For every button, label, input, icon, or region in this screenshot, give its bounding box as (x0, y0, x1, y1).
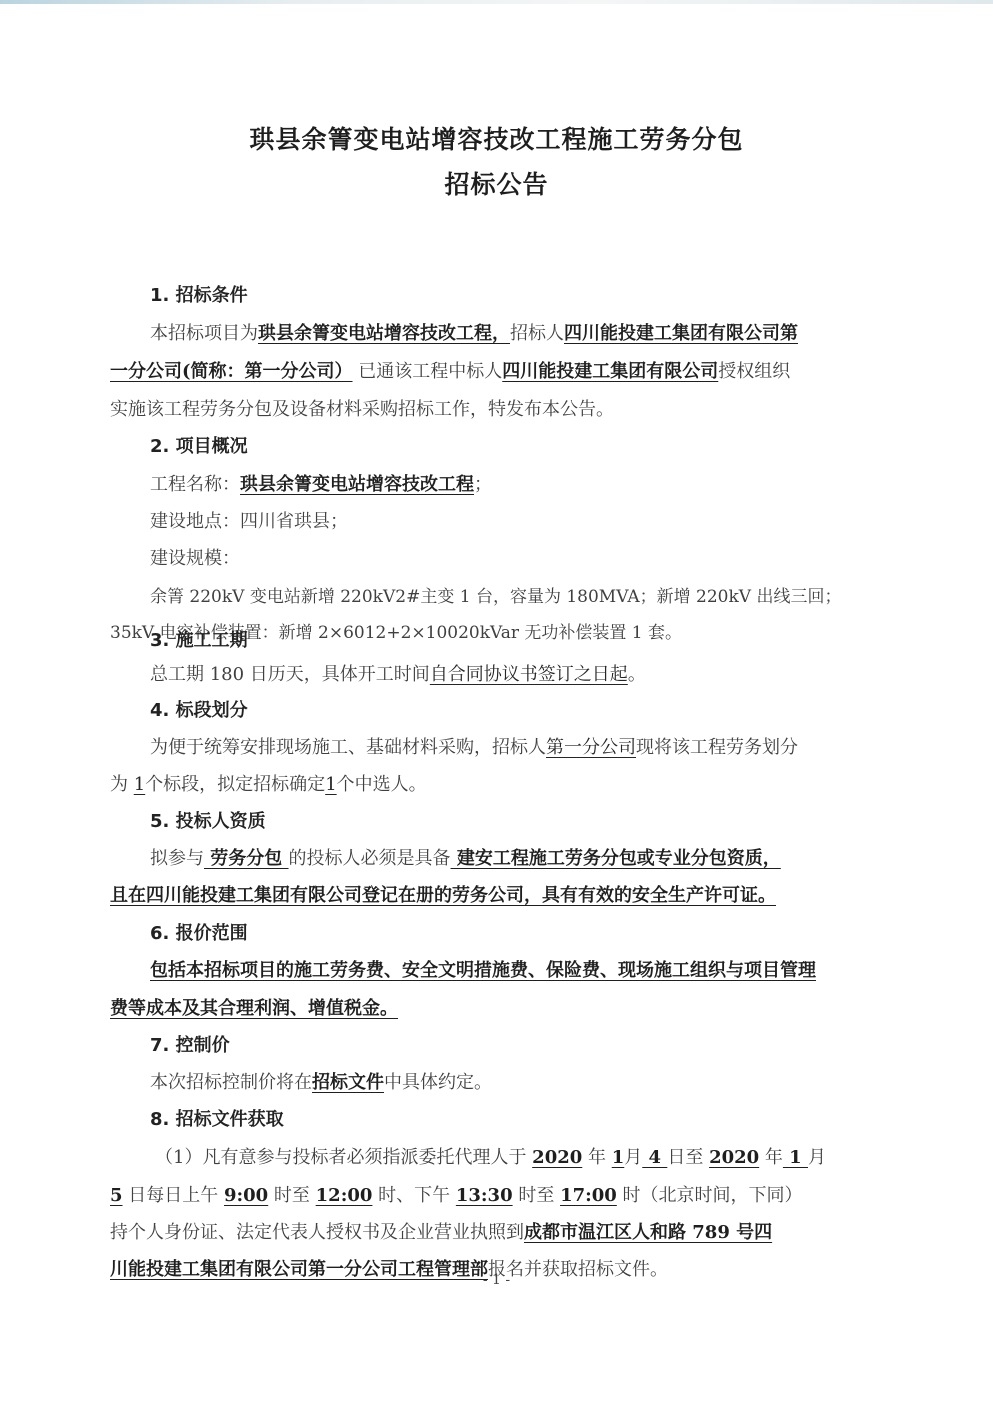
section-7-text: 本次招标控制价将在招标文件中具体约定。 (150, 1070, 910, 1096)
section-6-heading: 6. 报价范围 (150, 921, 910, 947)
end-month: 1 (783, 1147, 808, 1168)
text: 本招标项目为 (150, 323, 258, 344)
text: 的投标人必须是具备 (289, 848, 451, 869)
scan-edge (0, 0, 993, 4)
text: 月 (624, 1147, 642, 1168)
text: 为便于统筹安排现场施工、基础材料采购，招标人 (150, 737, 546, 758)
pm-end: 17:00 (560, 1185, 617, 1206)
text: 报名并获取招标文件。 (488, 1259, 668, 1280)
section-5-line-2: 且在四川能投建工集团有限公司登记在册的劳务公司，具有有效的安全生产许可证。 (110, 883, 870, 909)
tenderer-name: 四川能投建工集团有限公司第 (564, 323, 798, 344)
scale-line-1: 余箐 220kV 变电站新增 220kV2#主变 1 台，容量为 180MVA；… (150, 584, 910, 610)
lot-count: 1 (134, 774, 145, 795)
subcontract-type: 劳务分包 (204, 848, 289, 869)
document-subtitle: 招标公告 (0, 165, 993, 201)
section-2-heading: 2. 项目概况 (150, 434, 910, 460)
quote-scope-cont: 费等成本及其合理利润、增值税金。 (110, 998, 398, 1019)
address: 成都市温江区人和路 789 号四 (524, 1222, 772, 1243)
text: 持个人身份证、法定代表人授权书及企业营业执照到 (110, 1222, 524, 1243)
winning-bidder: 四川能投建工集团有限公司 (502, 361, 718, 382)
section-1-line-2: 一分公司(简称：第一分公司） 已通该工程中标人四川能投建工集团有限公司授权组织 (110, 359, 870, 385)
text: 年 (759, 1147, 783, 1168)
text: 授权组织 (718, 361, 790, 382)
branch-company: 第一分公司 (546, 737, 636, 758)
text: 年 (582, 1147, 611, 1168)
text: 已通该工程中标人 (353, 361, 503, 382)
text: 拟参与 (150, 848, 204, 869)
project-name: 珙县余箐变电站增容技改工程， (258, 323, 510, 344)
text: 时、下午 (372, 1185, 455, 1206)
section-1-heading: 1. 招标条件 (150, 283, 910, 309)
start-date: 自合同协议书签订之日起 (430, 664, 628, 685)
start-day: 4 (642, 1147, 667, 1168)
text: ； (474, 474, 492, 495)
text: 个中选人。 (337, 774, 427, 795)
section-7-heading: 7. 控制价 (150, 1033, 910, 1059)
tender-document-ref: 招标文件 (312, 1072, 384, 1093)
address-cont: 川能投建工集团有限公司第一分公司工程管理部 (110, 1259, 488, 1280)
end-year: 2020 (709, 1147, 759, 1168)
section-4-heading: 4. 标段划分 (150, 698, 910, 724)
text: 总工期 180 日历天，具体开工时间 (150, 664, 430, 685)
pm-start: 13:30 (456, 1185, 513, 1206)
section-1-line-3: 实施该工程劳务分包及设备材料采购招标工作，特发布本公告。 (110, 397, 870, 423)
am-end: 12:00 (316, 1185, 373, 1206)
text: 现将该工程劳务划分 (636, 737, 798, 758)
text: 为 (110, 774, 134, 795)
section-5-heading: 5. 投标人资质 (150, 809, 910, 835)
text: 时至 (513, 1185, 560, 1206)
start-month: 1 (612, 1147, 625, 1168)
start-year: 2020 (532, 1147, 582, 1168)
text: 日每日上午 (123, 1185, 224, 1206)
text: 时（北京时间，下同） (617, 1185, 803, 1206)
section-8-line-4: 川能投建工集团有限公司第一分公司工程管理部报名并获取招标文件。 (110, 1257, 870, 1283)
section-4-line-2: 为 1个标段，拟定招标确定1个中选人。 (110, 772, 870, 798)
text: 招标人 (510, 323, 564, 344)
quote-scope: 包括本招标项目的施工劳务费、安全文明措施费、保险费、现场施工组织与项目管理 (150, 960, 816, 981)
label: 工程名称： (150, 474, 240, 495)
document-title: 珙县余箐变电站增容技改工程施工劳务分包 (0, 120, 993, 156)
qualification: 建安工程施工劳务分包或专业分包资质， (451, 848, 781, 869)
section-1-line-1: 本招标项目为珙县余箐变电站增容技改工程，招标人四川能投建工集团有限公司第 (150, 321, 910, 347)
location-line: 建设地点：四川省珙县； (150, 509, 910, 535)
text: 个标段，拟定招标确定 (145, 774, 325, 795)
text: 日至 (667, 1147, 709, 1168)
text: （1）凡有意参与投标者必须指派委托代理人于 (155, 1147, 532, 1168)
section-3-heading: 3. 施工工期 (150, 628, 910, 654)
text: 中具体约定。 (384, 1072, 492, 1093)
section-4-line-1: 为便于统筹安排现场施工、基础材料采购，招标人第一分公司现将该工程劳务划分 (150, 735, 910, 761)
section-6-line-2: 费等成本及其合理利润、增值税金。 (110, 996, 870, 1022)
section-6-line-1: 包括本招标项目的施工劳务费、安全文明措施费、保险费、现场施工组织与项目管理 (150, 958, 910, 984)
text: 时至 (268, 1185, 315, 1206)
am-start: 9:00 (224, 1185, 268, 1206)
scale-label: 建设规模： (150, 546, 910, 572)
project-name-line: 工程名称：珙县余箐变电站增容技改工程； (150, 472, 910, 498)
section-8-line-2: 5 日每日上午 9:00 时至 12:00 时、下午 13:30 时至 17:0… (110, 1183, 870, 1209)
section-5-line-1: 拟参与 劳务分包 的投标人必须是具备 建安工程施工劳务分包或专业分包资质， (150, 846, 910, 872)
end-day: 5 (110, 1185, 123, 1206)
section-8-heading: 8. 招标文件获取 (150, 1107, 910, 1133)
project-name: 珙县余箐变电站增容技改工程 (240, 474, 474, 495)
text: 本次招标控制价将在 (150, 1072, 312, 1093)
text: 。 (628, 664, 646, 685)
tenderer-name-cont: 一分公司(简称：第一分公司） (110, 361, 353, 382)
qualification-cont: 且在四川能投建工集团有限公司登记在册的劳务公司，具有有效的安全生产许可证。 (110, 885, 776, 906)
section-3-text: 总工期 180 日历天，具体开工时间自合同协议书签订之日起。 (150, 662, 910, 688)
winner-count: 1 (325, 774, 336, 795)
section-8-line-3: 持个人身份证、法定代表人授权书及企业营业执照到成都市温江区人和路 789 号四 (110, 1220, 870, 1246)
text: 月 (808, 1147, 826, 1168)
section-8-line-1: （1）凡有意参与投标者必须指派委托代理人于 2020 年 1月 4 日至 202… (155, 1145, 915, 1171)
